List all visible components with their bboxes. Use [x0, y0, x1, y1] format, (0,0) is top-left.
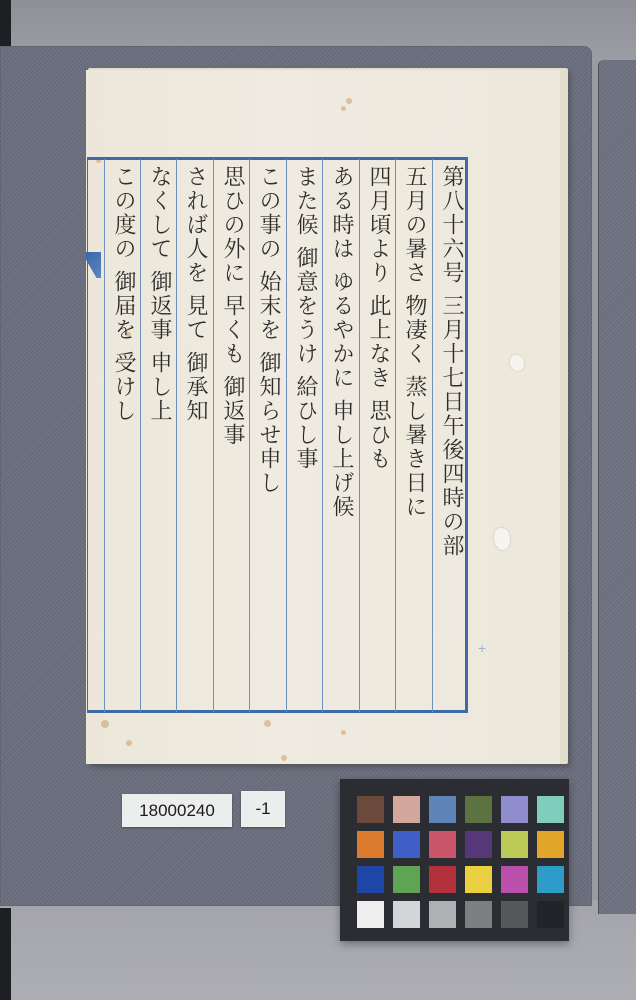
paper-tear: [510, 355, 524, 371]
column-rule: [249, 159, 250, 712]
color-patch: [537, 901, 564, 928]
dark-edge-bottom: [0, 908, 11, 1000]
color-patch: [501, 866, 528, 893]
column-rule: [395, 159, 396, 712]
color-patch: [393, 866, 420, 893]
foxing-stain: [126, 740, 132, 746]
column-rule: [322, 159, 323, 712]
color-patch: [357, 831, 384, 858]
foxing-stain: [101, 720, 109, 728]
color-patch: [393, 901, 420, 928]
column-rule: [176, 159, 177, 712]
foxing-stain: [341, 106, 346, 111]
color-patch: [501, 901, 528, 928]
text-column-2: 五月の暑さ 物凄く 蒸し暑き日に: [399, 165, 429, 705]
color-patch: [357, 901, 384, 928]
dark-edge-top: [0, 0, 11, 46]
color-patch: [357, 796, 384, 823]
color-patch: [465, 831, 492, 858]
column-rule: [359, 159, 360, 712]
text-column-3: 四月頃より 此上なき 思ひも: [363, 165, 393, 705]
color-patch: [393, 796, 420, 823]
color-patch: [357, 866, 384, 893]
text-column-10: この度の 御届を 受けし: [108, 165, 138, 705]
foxing-stain: [264, 720, 271, 727]
color-patch: [537, 866, 564, 893]
color-patch: [501, 831, 528, 858]
color-patch: [537, 796, 564, 823]
column-rule: [213, 159, 214, 712]
color-patch: [465, 866, 492, 893]
faint-mark: +: [478, 640, 486, 656]
color-patch: [501, 796, 528, 823]
text-column-5: また候 御意をうけ 給ひし事: [290, 165, 320, 705]
column-rule: [432, 159, 433, 712]
color-patch: [393, 831, 420, 858]
color-checker-card: [340, 779, 569, 941]
color-patch: [429, 796, 456, 823]
text-column-1: 第八十六号 三月十七日午後四時の部: [436, 165, 466, 705]
color-patch: [465, 901, 492, 928]
foxing-stain: [281, 755, 287, 761]
foxing-stain: [346, 98, 352, 104]
column-rule: [140, 159, 141, 712]
column-rule: [104, 159, 105, 712]
color-patch: [429, 831, 456, 858]
column-rule: [286, 159, 287, 712]
adjacent-folder: [598, 60, 636, 914]
paper-tear: [494, 528, 510, 550]
accession-label: 18000240: [122, 794, 232, 827]
foxing-stain: [341, 730, 346, 735]
text-column-7: 思ひの外に 早くも 御返事: [217, 165, 247, 705]
text-column-9: なくして 御返事 申し上: [144, 165, 174, 705]
color-patch: [429, 901, 456, 928]
text-column-8: されば人を 見て 御承知: [180, 165, 210, 705]
suffix-label: -1: [241, 791, 285, 827]
color-patch: [465, 796, 492, 823]
color-patch: [537, 831, 564, 858]
color-patch: [429, 866, 456, 893]
text-column-4: ある時は ゆるやかに 申し上げ候: [326, 165, 356, 705]
text-column-6: この事の 始末を 御知らせ申し: [253, 165, 283, 705]
